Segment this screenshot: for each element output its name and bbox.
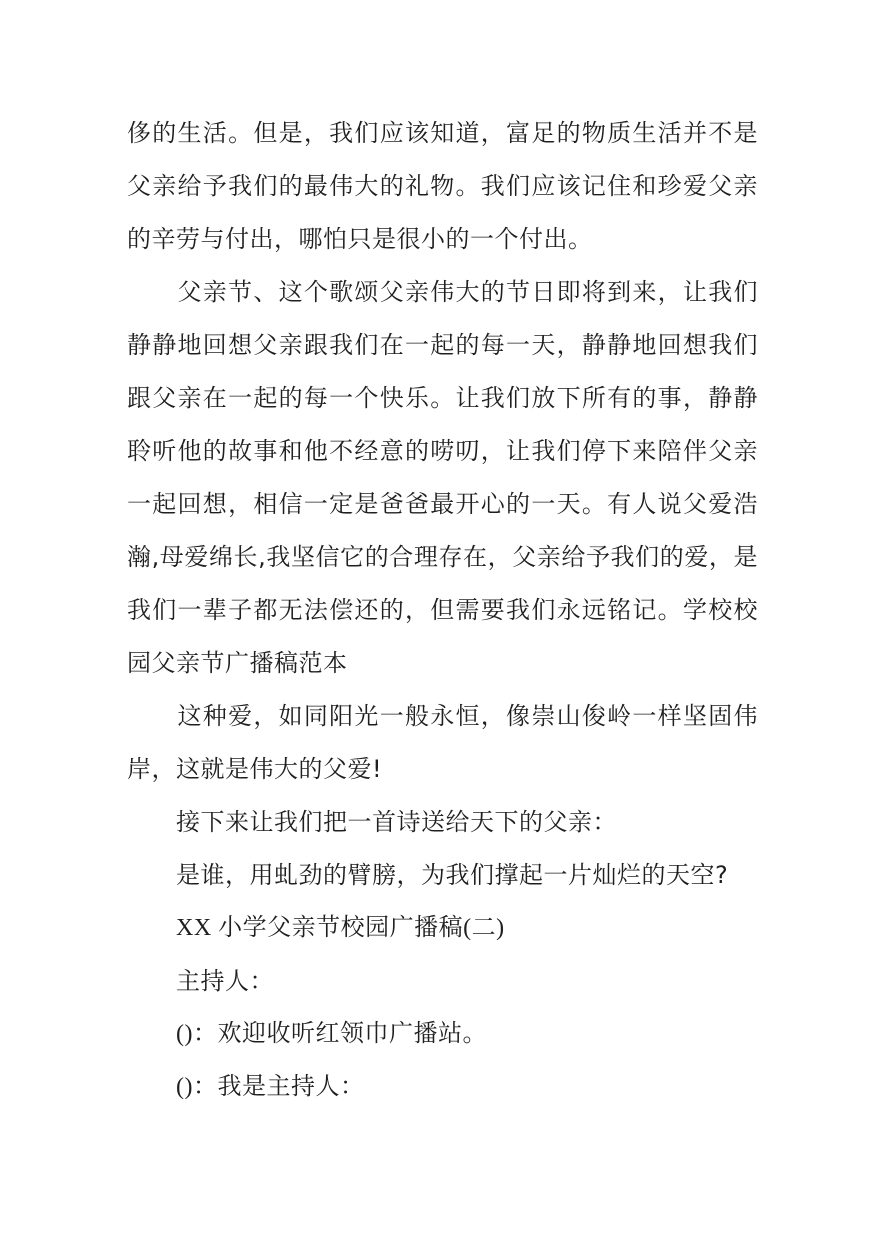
text-line: ()：欢迎收听红领巾广播站。	[127, 1008, 758, 1061]
document-text-block: 侈的生活。但是，我们应该知道，富足的物质生活并不是 父亲给予我们的最伟大的礼物。…	[127, 107, 758, 1114]
text-line: 园父亲节广播稿范本	[127, 637, 758, 690]
text-line-section-title: XX 小学父亲节校园广播稿(二)	[127, 902, 758, 955]
text-line: 聆听他的故事和他不经意的唠叨，让我们停下来陪伴父亲	[127, 425, 758, 478]
text-line: 跟父亲在一起的每一个快乐。让我们放下所有的事，静静	[127, 372, 758, 425]
text-line: 接下来让我们把一首诗送给天下的父亲：	[127, 796, 758, 849]
document-page: 侈的生活。但是，我们应该知道，富足的物质生活并不是 父亲给予我们的最伟大的礼物。…	[0, 0, 884, 1250]
text-line: 岸，这就是伟大的父爱!	[127, 743, 758, 796]
text-line: 侈的生活。但是，我们应该知道，富足的物质生活并不是	[127, 107, 758, 160]
text-line: ()：我是主持人：	[127, 1061, 758, 1114]
text-line: 我们一辈子都无法偿还的，但需要我们永远铭记。学校校	[127, 584, 758, 637]
text-line: 一起回想，相信一定是爸爸最开心的一天。有人说父爱浩	[127, 478, 758, 531]
text-line: 主持人：	[127, 955, 758, 1008]
text-line: 的辛劳与付出，哪怕只是很小的一个付出。	[127, 213, 758, 266]
text-line: 是谁，用虬劲的臂膀，为我们撑起一片灿烂的天空?	[127, 849, 758, 902]
text-line: 这种爱，如同阳光一般永恒，像崇山俊岭一样坚固伟	[127, 690, 758, 743]
text-line: 父亲节、这个歌颂父亲伟大的节日即将到来，让我们	[127, 266, 758, 319]
text-line: 父亲给予我们的最伟大的礼物。我们应该记住和珍爱父亲	[127, 160, 758, 213]
text-line: 静静地回想父亲跟我们在一起的每一天，静静地回想我们	[127, 319, 758, 372]
text-line: 瀚,母爱绵长,我坚信它的合理存在，父亲给予我们的爱，是	[127, 531, 758, 584]
